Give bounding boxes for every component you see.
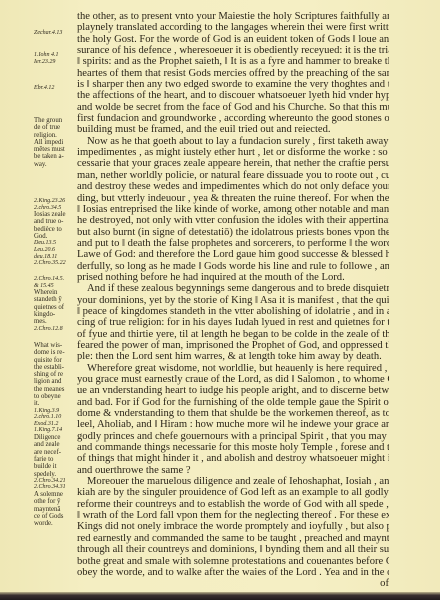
text-line: ding, but vtterly indeuour , yea & threa… (77, 193, 389, 204)
text-line: and commande things necessarie for this … (77, 442, 389, 453)
margin-gloss: The groun (34, 117, 76, 124)
text-line: kiah are by the singuler prouidence of G… (77, 487, 389, 498)
text-line: leel, Aholiab, and ǁ Hiram : how muche m… (77, 419, 389, 430)
text-line: your dominions, yet by the storie of Kin… (77, 295, 389, 306)
text-line: ple: then the Lord sent him warres, & at… (77, 351, 389, 362)
margin-gloss: de of true (34, 124, 76, 131)
margin-gloss: dome is re- (34, 349, 76, 356)
scripture-reference: 2.chro.1.10 (34, 414, 76, 421)
text-line: Now as he that goeth about to lay a fund… (77, 136, 389, 147)
scripture-reference: Ier.23.29 (34, 59, 76, 66)
margin-gloss: A solemne (34, 491, 76, 498)
margin-gloss: othe for ŷ (34, 498, 76, 505)
scripture-reference: 2.Chro.34.31 (34, 484, 76, 491)
scripture-reference: deu.18.11 (34, 254, 76, 261)
margin-gloss: What wis- (34, 342, 76, 349)
scripture-reference: 2.chro.34.5 (34, 205, 76, 212)
book-page: the other, as to present vnto your Maies… (0, 0, 440, 594)
text-line: building must be framed, and the euil tr… (77, 124, 389, 135)
scripture-reference: 2.Chro.14.5. (34, 276, 76, 283)
text-line: of things that might hinder it , and abo… (77, 453, 389, 464)
margin-gloss: All impedi (34, 139, 76, 146)
margin-gloss: worde. (34, 520, 76, 527)
text-line: cessarie that your graces zeale appeare … (77, 158, 389, 169)
margin-gloss: farie to (34, 456, 76, 463)
text-line: ǁ peace of kingdomes standeth in the vtt… (77, 306, 389, 317)
margin-gloss: Iosias zeale (34, 211, 76, 218)
margin-gloss: standeth ŷ (34, 296, 76, 303)
margin-gloss: to obeyne (34, 393, 76, 400)
margin-gloss: Wherein (34, 289, 76, 296)
text-line: heartes of them that resist Gods mercies… (77, 68, 389, 79)
text-line: and put to ǁ death the false prophetes a… (77, 238, 389, 249)
margin-note-group: Ebr.4.12 (34, 85, 76, 92)
text-line: through all their countreys and dominion… (77, 544, 389, 555)
margin-gloss: God. (34, 233, 76, 240)
scripture-reference: Ebr.4.12 (34, 85, 76, 92)
text-line: ǁ wrath of the Lord fall vpon them for t… (77, 510, 389, 521)
margin-note-group: 2.Chro.14.5.& 15.45Whereinstandeth ŷquie… (34, 276, 76, 332)
margin-gloss: kingdo- (34, 311, 76, 318)
text-line: ǁ spirits: and as the Prophet saieth, ǁ … (77, 56, 389, 67)
margin-note-group: Zechar.4.13 (34, 30, 76, 37)
text-line: feared the power of man, imprisoned the … (77, 340, 389, 351)
margin-gloss: ce of Gods (34, 513, 76, 520)
text-line: reforme their countreys and to establish… (77, 499, 389, 510)
text-line: but also burnt (in signe of detestatiō) … (77, 227, 389, 238)
scripture-reference: 2.Chro.35.22 (34, 260, 76, 267)
margin-gloss: and zeale (34, 441, 76, 448)
text-line: Lawe of God: and therefore the Lord gaue… (77, 249, 389, 260)
margin-gloss: are necef- (34, 449, 76, 456)
scripture-reference: 1.King.3.9 (34, 408, 76, 415)
margin-gloss: the establi- (34, 364, 76, 371)
text-line: he destroyed, not only with vtter confus… (77, 215, 389, 226)
scripture-reference: 2.Chro.12.8 (34, 326, 76, 333)
text-line: first fundacion and groundworke , accord… (77, 113, 389, 124)
margin-note-group: 1.Iohn 4.1Ier.23.29 (34, 52, 76, 65)
text-line: you grace must earnestly craue of the Lo… (77, 374, 389, 385)
scripture-reference: 1.King.7.14 (34, 427, 76, 434)
page-bottom-edge (0, 592, 440, 600)
margin-gloss: be taken a- (34, 153, 76, 160)
main-text-block: the other, as to present vnto your Maies… (77, 11, 389, 590)
margin-gloss: bedièce to (34, 226, 76, 233)
scripture-reference: Deu.13.5 (34, 240, 76, 247)
margin-gloss: mes. (34, 318, 76, 325)
text-line: Wherefore great wisdome, not worldlie, b… (77, 363, 389, 374)
text-line: of (77, 578, 389, 589)
margin-gloss: builde it (34, 463, 76, 470)
text-line: Kings did not onely imbrace the worde pr… (77, 521, 389, 532)
text-line: bothe great and smale with solemne prote… (77, 556, 389, 567)
margin-note-group: What wis-dome is re-quisite forthe estab… (34, 342, 76, 528)
margin-gloss: mayntenā (34, 506, 76, 513)
margin-gloss: the meanes (34, 386, 76, 393)
text-line: derfully, so long as he made ǁ Gods word… (77, 261, 389, 272)
text-line: surance of his defence , wheresoeuer it … (77, 45, 389, 56)
text-line: of fyue and thirtie yere, til at length … (77, 329, 389, 340)
scripture-reference: Zechar.4.13 (34, 30, 76, 37)
text-line: ue an vnderstanding heart to iudge his p… (77, 385, 389, 396)
margin-note-group: 2.King.23.262.chro.34.5Iosias zealeand t… (34, 198, 76, 267)
text-line: playnely translated according to the lan… (77, 22, 389, 33)
text-line: the affections of the heart, and to disc… (77, 90, 389, 101)
scripture-reference: 2.King.23.26 (34, 198, 76, 205)
text-line: the holy Gost. For the worde of God is a… (77, 34, 389, 45)
margin-gloss: quietnes of (34, 304, 76, 311)
scripture-reference: Leu.20.6 (34, 247, 76, 254)
text-line: prised nothing before he had inquired at… (77, 272, 389, 283)
margin-gloss: quisite for (34, 357, 76, 364)
text-line: the other, as to present vnto your Maies… (77, 11, 389, 22)
text-line: and ouerthrowe the same ? (77, 465, 389, 476)
text-line: Moreouer the maruelous diligence and zea… (77, 476, 389, 487)
margin-gloss: it. (34, 400, 76, 407)
text-line: And if these zealous begynnings seme dan… (77, 283, 389, 294)
text-line: is ǁ sharper then any two edged sworde t… (77, 79, 389, 90)
margin-gloss: shing of re (34, 371, 76, 378)
margin-gloss: and true o- (34, 218, 76, 225)
margin-gloss: spedely. (34, 471, 76, 478)
text-line: godly princes and chefe gouernours with … (77, 431, 389, 442)
text-line: dome & vnderstanding to them that shulde… (77, 408, 389, 419)
text-line: and wolde be secret from the face of God… (77, 102, 389, 113)
margin-note-group: The grounde of truereligion.All impedimē… (34, 117, 76, 168)
text-line: impedimentes , as might iustely ether hu… (77, 147, 389, 158)
scripture-reference: & 15.45 (34, 283, 76, 290)
text-line: and bad. For if God for the furnishing o… (77, 397, 389, 408)
text-line: ǁ Iosias entreprised the like kinde of w… (77, 204, 389, 215)
text-line: and destroy these wedes and impedimentes… (77, 181, 389, 192)
scripture-reference: 1.Iohn 4.1 (34, 52, 76, 59)
margin-gloss: mētes must (34, 146, 76, 153)
margin-gloss: Diligence (34, 434, 76, 441)
text-line: man, nether worldly policie, or natural … (77, 170, 389, 181)
margin-gloss: way. (34, 161, 76, 168)
text-line: obey the worde, and to walke after the w… (77, 567, 389, 578)
margin-gloss: ligion and (34, 378, 76, 385)
text-line: cing of true religion: for in his dayes … (77, 317, 389, 328)
text-line: red earnestly and commanded the same to … (77, 533, 389, 544)
margin-gloss: religion. (34, 132, 76, 139)
